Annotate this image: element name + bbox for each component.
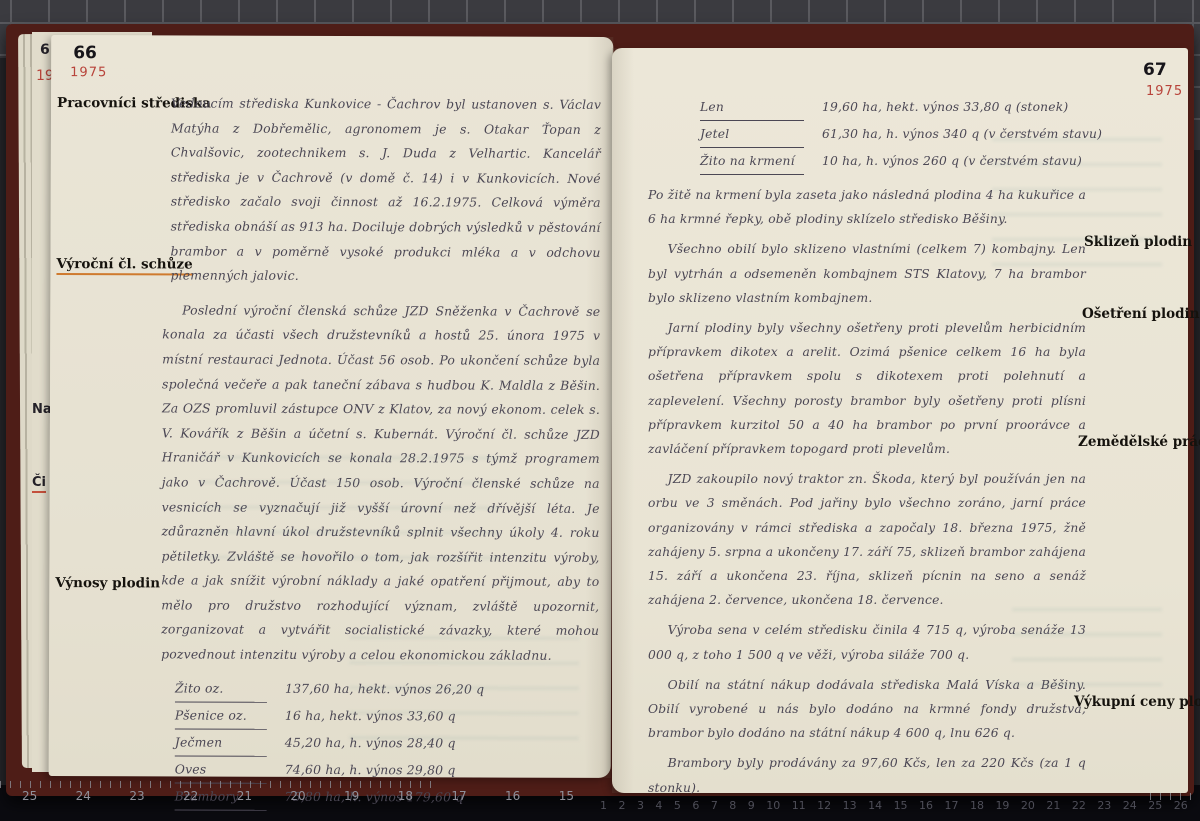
crop-name: Žito oz. (175, 675, 267, 702)
crop-name: Len (700, 94, 804, 121)
ruler-number: 6 (692, 799, 699, 812)
margin-note-vykupni-ceny: Výkupní ceny plodin (1074, 694, 1200, 710)
partial-margin-heading-2: Či (32, 475, 46, 493)
ruler-number: 9 (748, 799, 755, 812)
ruler-number: 24 (1123, 799, 1137, 812)
paragraph-pracovnici: Vedoucím střediska Kunkovice - Čachrov b… (170, 91, 601, 289)
ruler-number: 20 (290, 789, 305, 803)
crop-yield-value: 45,20 ha, h. výnos 28,40 q (285, 729, 456, 756)
crop-row: Pšenice oz. 16 ha, hekt. výnos 33,60 q (175, 702, 599, 730)
ruler-number: 7 (711, 799, 718, 812)
ruler-scale-left: 2524232221201918171615 (22, 789, 574, 803)
ruler-number: 17 (945, 799, 959, 812)
crop-row: Len 19,60 ha, hekt. výnos 33,80 q (stone… (700, 94, 1086, 121)
ruler-number: 20 (1021, 799, 1035, 812)
margin-note-osetreni-plodin: Ošetření plodin (1082, 306, 1200, 322)
left-page-body-text: Vedoucím střediska Kunkovice - Čachrov b… (169, 91, 602, 811)
ruler-number: 8 (729, 799, 736, 812)
ruler-number: 10 (766, 799, 780, 812)
paragraph-vyrocni-schuze: Poslední výroční členská schůze JZD Sněž… (161, 298, 600, 668)
ruler-number: 4 (655, 799, 662, 812)
ruler-number: 17 (451, 789, 466, 803)
paragraph-osetreni: Jarní plodiny byly všechny ošetřeny prot… (648, 316, 1086, 461)
ruler-number: 14 (868, 799, 882, 812)
crop-name: Žito na krmení (700, 148, 804, 175)
ruler-number: 21 (237, 789, 252, 803)
ruler-number: 16 (505, 789, 520, 803)
margin-note-sklizen-plodin: Sklizeň plodin (1084, 234, 1192, 250)
crop-name: Oves (175, 756, 267, 783)
ruler-number: 3 (637, 799, 644, 812)
ruler-number: 19 (344, 789, 359, 803)
crop-yield-value: 16 ha, hekt. výnos 33,60 q (285, 702, 456, 729)
ruler-number: 22 (183, 789, 198, 803)
crop-row: Jetel 61,30 ha, h. výnos 340 q (v čerstv… (700, 121, 1086, 148)
ruler-number: 18 (970, 799, 984, 812)
ruler-number: 12 (817, 799, 831, 812)
right-page-body-text: Len 19,60 ha, hekt. výnos 33,80 q (stone… (648, 94, 1086, 806)
paragraph-statni-nakup: Obilí na státní nákup dodávala střediska… (648, 673, 1086, 746)
margin-note-zemedelske-prace: Zemědělské práce (1078, 434, 1200, 450)
crop-yield-value: 19,60 ha, hekt. výnos 33,80 q (stonek) (822, 94, 1068, 120)
paragraph-sklizen: Všechno obilí bylo sklizeno vlastními (c… (648, 237, 1086, 310)
crop-name: Ječmen (175, 729, 267, 756)
ruler-number: 25 (1148, 799, 1162, 812)
right-page: 67 1975 Sklizeň plodin Ošetření plodin Z… (612, 48, 1188, 793)
ruler-number: 18 (398, 789, 413, 803)
ruler-number: 24 (76, 789, 91, 803)
ruler-scale-right: 1234567891011121314151617181920212223242… (600, 799, 1188, 812)
ruler-number: 11 (792, 799, 806, 812)
crop-name: Pšenice oz. (175, 702, 267, 729)
ruler-number: 19 (995, 799, 1009, 812)
crop-row: Ječmen 45,20 ha, h. výnos 28,40 q (175, 729, 599, 757)
ruler-tick-marks-left (0, 781, 440, 788)
right-page-number: 67 (1143, 60, 1167, 80)
ruler-number: 15 (894, 799, 908, 812)
paragraph-zemedelske-prace: JZD zakoupilo nový traktor zn. Škoda, kt… (648, 467, 1086, 612)
ruler-number: 23 (129, 789, 144, 803)
left-page: 66 1975 Pracovníci střediska Výroční čl.… (49, 35, 614, 778)
ruler-number: 16 (919, 799, 933, 812)
ruler-number: 13 (843, 799, 857, 812)
ruler-number: 5 (674, 799, 681, 812)
partial-margin-heading-1: Na (32, 402, 52, 417)
crop-yield-value: 10 ha, h. výnos 260 q (v čerstvém stavu) (822, 148, 1082, 174)
crop-yield-value: 61,30 ha, h. výnos 340 q (v čerstvém sta… (822, 121, 1102, 147)
crop-yield-value: 74,60 ha, h. výnos 29,80 q (285, 756, 456, 783)
ruler-number: 1 (600, 799, 607, 812)
partial-page-number: 6 (40, 42, 50, 58)
ruler-number: 21 (1046, 799, 1060, 812)
crop-name: Jetel (700, 121, 804, 148)
scanned-chronicle-photo: 6 19 Na Či 66 1975 Pracovníci střediska … (0, 0, 1200, 821)
margin-heading-vynosy-plodin: Výnosy plodin (55, 575, 160, 591)
ruler-number: 22 (1072, 799, 1086, 812)
ruler-number: 26 (1174, 799, 1188, 812)
ruler-number: 25 (22, 789, 37, 803)
ruler-number: 15 (559, 789, 574, 803)
crop-yield-value: 137,60 ha, hekt. výnos 26,20 q (285, 675, 484, 702)
left-page-year: 1975 (70, 65, 107, 80)
ruler-number: 2 (618, 799, 625, 812)
paragraph-vykupni-ceny: Brambory byly prodávány za 97,60 Kčs, le… (648, 751, 1086, 799)
left-page-number: 66 (73, 43, 97, 63)
crop-row: Žito na krmení 10 ha, h. výnos 260 q (v … (700, 148, 1086, 175)
paragraph-nasledne-plodiny: Po žitě na krmení byla zaseta jako násle… (648, 183, 1086, 231)
crop-row: Žito oz. 137,60 ha, hekt. výnos 26,20 q (175, 675, 599, 703)
crop-yield-list-right: Len 19,60 ha, hekt. výnos 33,80 q (stone… (700, 94, 1086, 175)
paragraph-vyroba-sena: Výroba sena v celém středisku činila 4 7… (648, 618, 1086, 666)
ruler-number: 23 (1097, 799, 1111, 812)
right-page-year: 1975 (1146, 84, 1183, 99)
